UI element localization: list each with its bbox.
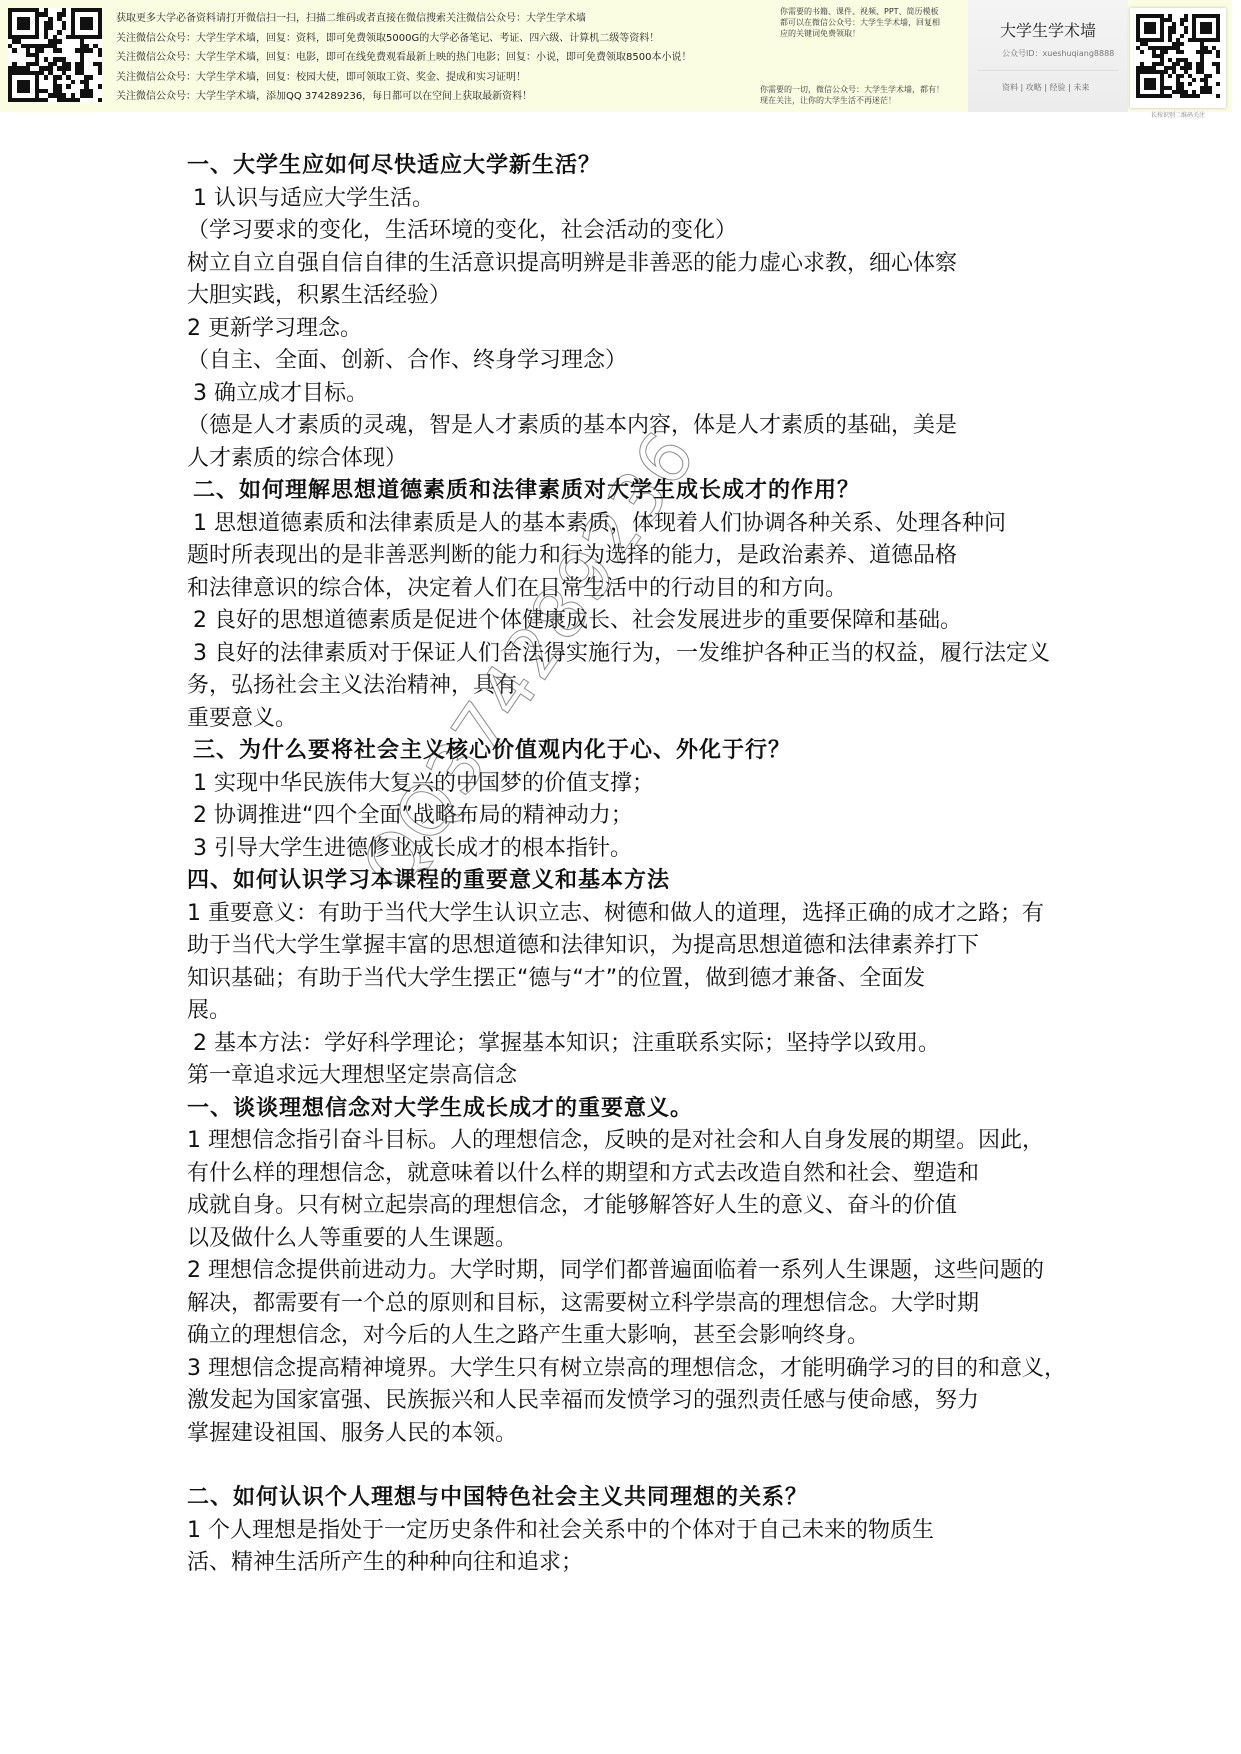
- text-line: 1 个人理想是指处于一定历史条件和社会关系中的个体对于自己未来的物质生: [187, 1515, 1057, 1548]
- account-card: 大学生学术墙 公众号ID：xueshuqiang8888 资料 | 攻略 | 经…: [968, 0, 1128, 112]
- banner-line: 关注微信公众号：大学生学术墙，回复：资料，即可免费领取5000G的大学必备笔记、…: [116, 29, 691, 49]
- banner-line: 获取更多大学必备资料请打开微信扫一扫，扫描二维码或者直接在微信搜索关注微信公众号…: [116, 9, 691, 29]
- section-heading: 二、如何认识个人理想与中国特色社会主义共同理想的关系？: [187, 1482, 1057, 1515]
- text-line: 2 理想信念提供前进动力。大学时期，同学们都普遍面临着一系列人生课题，这些问题的: [187, 1255, 1057, 1288]
- text-line: 确立的理想信念，对今后的人生之路产生重大影响，甚至会影响终身。: [187, 1320, 1057, 1353]
- text-line: 解决，都需要有一个总的原则和目标，这需要树立科学崇高的理想信念。大学时期: [187, 1288, 1057, 1321]
- document-body: 一、大学生应如何尽快适应大学新生活？1 认识与适应大学生活。（学习要求的变化，生…: [187, 150, 1057, 1580]
- side-note-line: 你需要的书籍、课件、视频、PPT、简历模板: [780, 6, 940, 17]
- qr-code-left: [8, 8, 102, 102]
- side-note-line: 都可以在微信公众号：大学生学术墙，回复相: [780, 17, 940, 28]
- text-line: 3 确立成才目标。: [187, 378, 1057, 411]
- text-line: 务，弘扬社会主义法治精神，具有: [187, 670, 1057, 703]
- text-line: 以及做什么人等重要的人生课题。: [187, 1223, 1057, 1256]
- text-line: 成就自身。只有树立起崇高的理想信念，才能够解答好人生的意义、奋斗的价值: [187, 1190, 1057, 1223]
- qr-card-right: 长按识别二维码关注: [1130, 8, 1226, 108]
- text-line: 1 重要意义：有助于当代大学生认识立志、树德和做人的道理，选择正确的成才之路；有: [187, 898, 1057, 931]
- text-line: 有什么样的理想信念，就意味着以什么样的期望和方式去改造自然和社会、塑造和: [187, 1158, 1057, 1191]
- banner-line: 关注微信公众号：大学生学术墙，回复：电影，即可在线免费观看最新上映的热门电影；回…: [116, 48, 691, 68]
- text-line: 1 实现中华民族伟大复兴的中国梦的价值支撑；: [187, 768, 1057, 801]
- text-line: 1 认识与适应大学生活。: [187, 183, 1057, 216]
- banner-text-lines: 获取更多大学必备资料请打开微信扫一扫，扫描二维码或者直接在微信搜索关注微信公众号…: [116, 9, 691, 107]
- divider: [978, 70, 1118, 71]
- text-line: 3 理想信念提高精神境界。大学生只有树立崇高的理想信念，才能明确学习的目的和意义…: [187, 1353, 1057, 1386]
- section-heading: 四、如何认识学习本课程的重要意义和基本方法: [187, 865, 1057, 898]
- side-note-line: 应的关键词免费领取！: [780, 28, 940, 39]
- account-card-id: 公众号ID：xueshuqiang8888: [1002, 48, 1114, 59]
- account-card-links: 资料 | 攻略 | 经验 | 未来: [1002, 82, 1089, 93]
- banner-side-note-top: 你需要的书籍、课件、视频、PPT、简历模板都可以在微信公众号：大学生学术墙，回复…: [780, 6, 940, 39]
- text-line: 助于当代大学生掌握丰富的思想道德和法律知识，为提高思想道德和法律素养打下: [187, 930, 1057, 963]
- text-line: 第一章追求远大理想坚定崇高信念: [187, 1060, 1057, 1093]
- qr-code-right: [1136, 14, 1220, 98]
- text-line: （德是人才素质的灵魂，智是人才素质的基本内容，体是人才素质的基础，美是: [187, 410, 1057, 443]
- text-line: 激发起为国家富强、民族振兴和人民幸福而发愤学习的强烈责任感与使命感，努力: [187, 1385, 1057, 1418]
- promo-banner: 获取更多大学必备资料请打开微信扫一扫，扫描二维码或者直接在微信搜索关注微信公众号…: [0, 0, 1232, 112]
- section-heading: 一、大学生应如何尽快适应大学新生活？: [187, 150, 1057, 183]
- text-line: 2 基本方法：学好科学理论；掌握基本知识；注重联系实际；坚持学以致用。: [187, 1028, 1057, 1061]
- qr-caption: 长按识别二维码关注: [1130, 110, 1226, 119]
- text-line: 3 良好的法律素质对于保证人们合法得实施行为，一发维护各种正当的权益，履行法定义: [187, 638, 1057, 671]
- text-line: 知识基础；有助于当代大学生摆正“德与“才”的位置，做到德才兼备、全面发: [187, 963, 1057, 996]
- banner-line: 关注微信公众号：大学生学术墙，添加QQ 374289236，每日都可以在空间上获…: [116, 87, 691, 107]
- text-line: 2 良好的思想道德素质是促进个体健康成长、社会发展进步的重要保障和基础。: [187, 605, 1057, 638]
- text-line: （学习要求的变化，生活环境的变化，社会活动的变化）: [187, 215, 1057, 248]
- text-line: 掌握建设祖国、服务人民的本领。: [187, 1418, 1057, 1451]
- side-note-line: 现在关注，让你的大学生活不再迷茫！: [760, 95, 944, 106]
- text-line: 2 更新学习理念。: [187, 313, 1057, 346]
- section-heading: 一、谈谈理想信念对大学生成长成才的重要意义。: [187, 1093, 1057, 1126]
- text-line: 展。: [187, 995, 1057, 1028]
- banner-line: 关注微信公众号：大学生学术墙，回复：校园大使，即可领取工资、奖金、提成和实习证明…: [116, 68, 691, 88]
- account-card-title: 大学生学术墙: [1000, 18, 1096, 41]
- text-line: 树立自立自强自信自律的生活意识提高明辨是非善恶的能力虚心求教，细心体察: [187, 248, 1057, 281]
- text-line: （自主、全面、创新、合作、终身学习理念）: [187, 345, 1057, 378]
- text-line: 大胆实践，积累生活经验）: [187, 280, 1057, 313]
- text-line: 重要意义。: [187, 703, 1057, 736]
- text-line: 活、精神生活所产生的种种向往和追求；: [187, 1547, 1057, 1580]
- text-line: 3 引导大学生进德修业成长成才的根本指针。: [187, 833, 1057, 866]
- banner-side-note-bottom: 你需要的一切，微信公众号：大学生学术墙，都有！现在关注，让你的大学生活不再迷茫！: [760, 84, 944, 106]
- side-note-line: 你需要的一切，微信公众号：大学生学术墙，都有！: [760, 84, 944, 95]
- text-line: 1 理想信念指引奋斗目标。人的理想信念，反映的是对社会和人自身发展的期望。因此，: [187, 1125, 1057, 1158]
- text-line: 2 协调推进“四个全面”战略布局的精神动力；: [187, 800, 1057, 833]
- section-heading: 三、为什么要将社会主义核心价值观内化于心、外化于行？: [187, 735, 1057, 768]
